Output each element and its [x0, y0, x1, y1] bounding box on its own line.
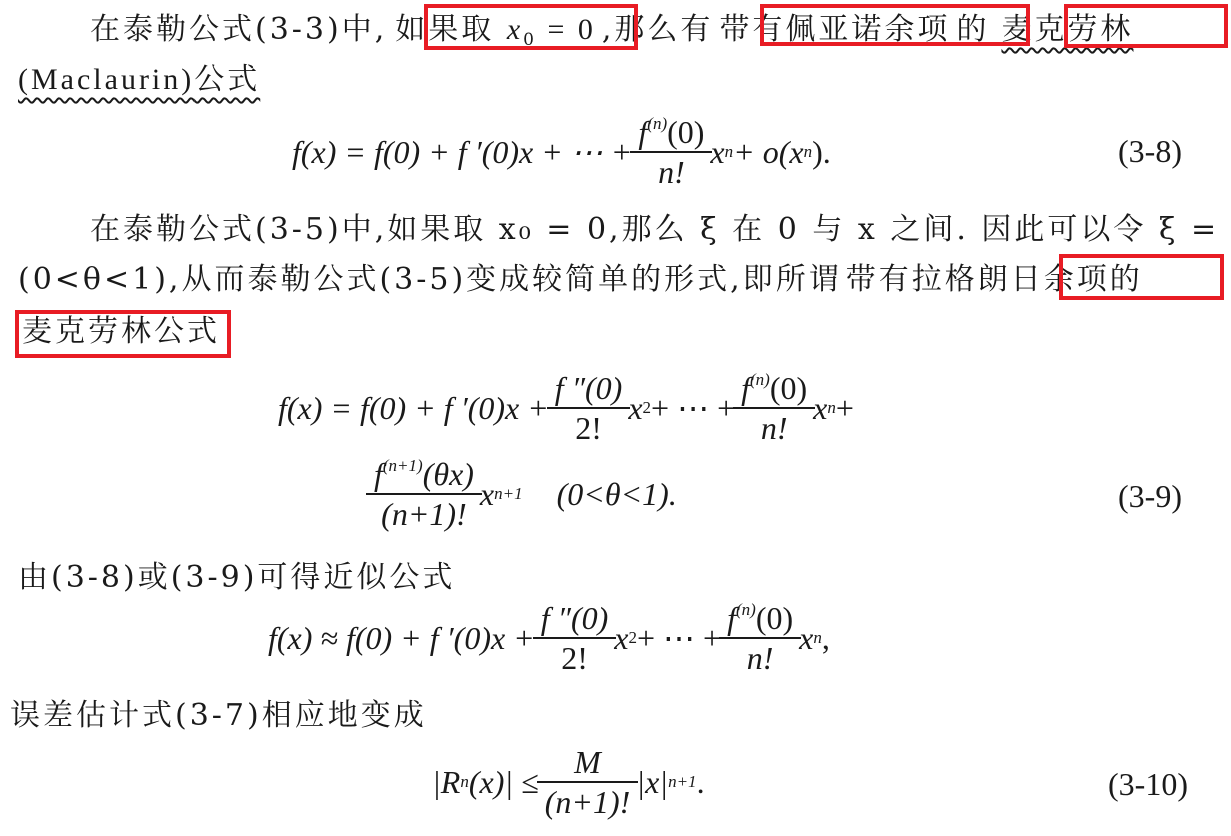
eq-den: (n+1)! — [366, 493, 482, 533]
paragraph-2-line-1: 在泰勒公式(3-5)中,如果取 x₀ = 0,那么 ξ 在 0 与 x 之间. … — [90, 212, 1231, 248]
eq-num: f ″(0) — [537, 599, 613, 637]
eq-den: n! — [719, 637, 801, 677]
highlight-box-5 — [15, 310, 231, 358]
eq-den: (n+1)! — [537, 781, 639, 821]
eq-sup: (n+1) — [383, 456, 423, 475]
equation-3-10: |Rn(x)| ≤ M (n+1)! |x|n+1. — [432, 742, 705, 822]
equation-number-3-9: (3-9) — [1118, 478, 1182, 515]
highlight-box-3 — [1064, 4, 1228, 48]
fraction-second-derivative: f ″(0) 2! — [551, 369, 627, 447]
equation-number-3-8: (3-8) — [1118, 133, 1182, 170]
equation-approximation: f(x) ≈ f(0) + f ′(0)x + f ″(0) 2! x2 + ⋯… — [268, 598, 830, 678]
highlight-box-1 — [424, 4, 638, 50]
eq-lhs: f(x) ≈ f(0) + f ′(0)x + — [268, 620, 535, 657]
eq-trail: + — [836, 390, 854, 427]
highlight-box-2 — [760, 4, 1030, 46]
fraction-nth-derivative: f(n)(0) n! — [634, 113, 708, 191]
eq-end: ). — [812, 134, 831, 171]
eq-num: M — [570, 743, 605, 781]
eq-condition: (0<θ<1). — [557, 476, 677, 513]
eq-arg: (x)| ≤ — [469, 764, 539, 801]
eq-sup: (n) — [647, 114, 667, 133]
eq-mid: + ⋯ + — [637, 619, 721, 657]
eq-den: 2! — [533, 637, 617, 677]
eq-den: n! — [630, 151, 712, 191]
equation-3-8: f(x) = f(0) + f ′(0)x + ⋯ + f(n)(0) n! x… — [292, 112, 831, 192]
fraction-nth-derivative: f(n)(0) n! — [737, 369, 811, 447]
paragraph-3: 由(3-8)或(3-9)可得近似公式 — [18, 560, 455, 596]
eq-mid: + ⋯ + — [651, 389, 735, 427]
highlight-box-4 — [1059, 254, 1224, 300]
text-segment: (0<θ<1),从而泰勒公式(3-5)变成较简单的形式,即所谓 — [18, 262, 842, 297]
text-segment: 公式 — [194, 62, 260, 97]
text-segment: (Maclaurin) — [18, 63, 194, 96]
equation-number-3-10: (3-10) — [1108, 766, 1188, 803]
eq-trail: , — [822, 620, 830, 657]
eq-num: f ″(0) — [551, 369, 627, 407]
eq-arg: (0) — [756, 600, 793, 636]
paragraph-2-line-2: (0<θ<1),从而泰勒公式(3-5)变成较简单的形式,即所谓带有拉格朗日余项的 — [18, 262, 1143, 298]
maclaurin-underlined: (Maclaurin)公式 — [18, 62, 260, 97]
eq-end: . — [697, 764, 705, 801]
equation-3-9-line-1: f(x) = f(0) + f ′(0)x + f ″(0) 2! x2 + ⋯… — [278, 368, 854, 448]
paragraph-1-line-2: (Maclaurin)公式 — [18, 62, 260, 98]
eq-den: 2! — [547, 407, 631, 447]
eq-arg: (0) — [770, 370, 807, 406]
text-segment: 在泰勒公式(3-3)中, — [90, 12, 387, 47]
fraction-second-derivative: f ″(0) 2! — [537, 599, 613, 677]
eq-tail: + o(x — [733, 134, 803, 171]
eq-arg: (θx) — [423, 456, 474, 492]
paragraph-4: 误差估计式(3-7)相应地变成 — [10, 698, 427, 734]
fraction-lagrange-remainder: f(n+1)(θx) (n+1)! — [370, 455, 478, 533]
eq-rhs: |x| — [636, 764, 668, 801]
eq-arg: (0) — [667, 114, 704, 150]
eq-f: f — [638, 114, 647, 150]
eq-lhs: f(x) = f(0) + f ′(0)x + ⋯ + — [292, 133, 632, 171]
eq-sup: (n) — [750, 370, 770, 389]
fraction-error-bound: M (n+1)! — [541, 743, 635, 821]
eq-lhs: f(x) = f(0) + f ′(0)x + — [278, 390, 549, 427]
eq-den: n! — [733, 407, 815, 447]
eq-lhs: |R — [432, 764, 460, 801]
eq-x: x — [710, 134, 724, 171]
fraction-nth-derivative: f(n)(0) n! — [723, 599, 797, 677]
equation-3-9-line-2: f(n+1)(θx) (n+1)! xn+1 (0<θ<1). — [368, 452, 677, 536]
eq-sup: (n) — [736, 600, 756, 619]
